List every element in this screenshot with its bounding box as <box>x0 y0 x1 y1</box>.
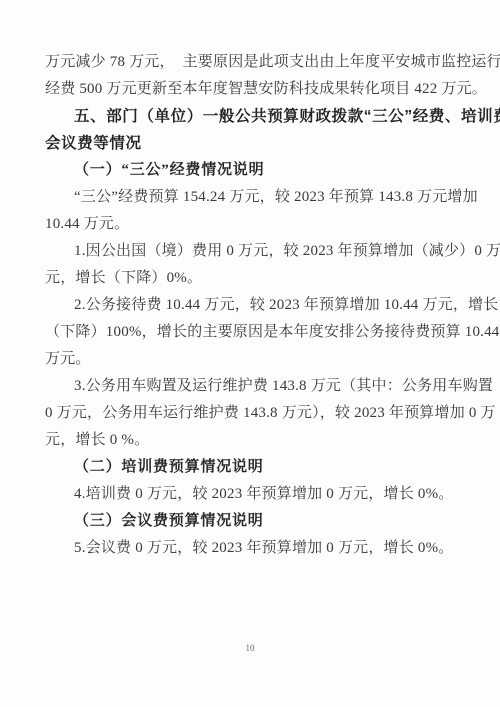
text-line: 4.培训费 0 万元，较 2023 年预算增加 0 万元，增长 0%。 <box>45 481 456 508</box>
text-line: 3.公务用车购置及运行维护费 143.8 万元（其中：公务用车购置 <box>45 373 456 400</box>
text-line: 0 万元，公务用车运行维护费 143.8 万元），较 2023 年预算增加 0 … <box>45 400 456 427</box>
text-line: 2.公务接待费 10.44 万元，较 2023 年预算增加 10.44 万元，增… <box>45 292 456 319</box>
section-heading: 五、部门（单位）一般公共预算财政拨款“三公”经费、培训费、 <box>45 103 456 130</box>
text-line: 万元。 <box>45 346 456 373</box>
text-line: 元，增长 0 %。 <box>45 427 456 454</box>
text-line: 元，增长（下降）0%。 <box>45 265 456 292</box>
document-body: 万元减少 78 万元， 主要原因是此项支出由上年度平安城市监控运行 经费 500… <box>45 49 456 562</box>
text-line: 5.会议费 0 万元，较 2023 年预算增加 0 万元，增长 0%。 <box>45 535 456 562</box>
text-line: （下降）100%，增长的主要原因是本年度安排公务接待费预算 10.44 <box>45 319 456 346</box>
text-line: 万元减少 78 万元， 主要原因是此项支出由上年度平安城市监控运行 <box>45 49 456 76</box>
text-line: “三公”经费预算 154.24 万元，较 2023 年预算 143.8 万元增加 <box>45 184 456 211</box>
subsection-heading: （一）“三公”经费情况说明 <box>45 157 456 184</box>
subsection-heading: （二）培训费预算情况说明 <box>45 454 456 481</box>
document-page: 万元减少 78 万元， 主要原因是此项支出由上年度平安城市监控运行 经费 500… <box>0 0 500 707</box>
text-line: 10.44 万元。 <box>45 211 456 238</box>
text-line: 1.因公出国（境）费用 0 万元，较 2023 年预算增加（减少）0 万 <box>45 238 456 265</box>
page-number: 10 <box>0 641 500 655</box>
section-heading: 会议费等情况 <box>45 130 456 157</box>
text-line: 经费 500 万元更新至本年度智慧安防科技成果转化项目 422 万元。 <box>45 76 456 103</box>
subsection-heading: （三）会议费预算情况说明 <box>45 508 456 535</box>
